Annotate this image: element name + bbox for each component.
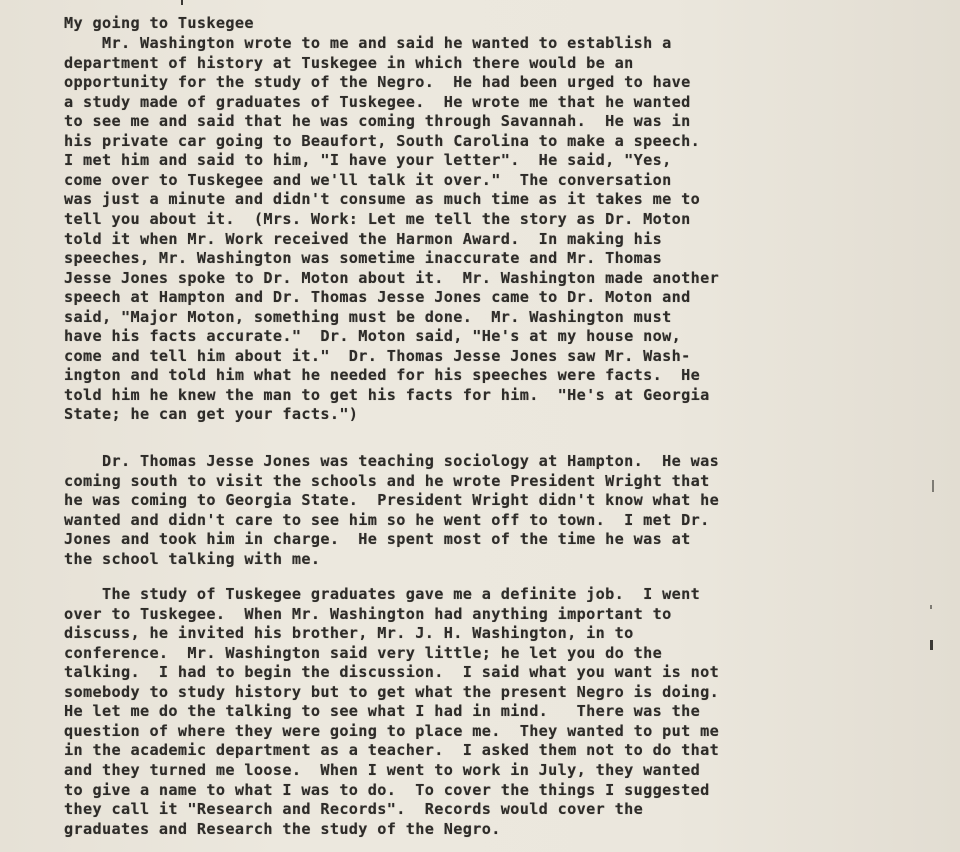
document-title: My going to Tuskegee [64, 14, 254, 33]
text-line: Jones and took him in charge. He spent m… [64, 530, 691, 549]
text-line: to give a name to what I was to do. To c… [64, 781, 710, 800]
text-line: department of history at Tuskegee in whi… [64, 54, 634, 73]
text-line: discuss, he invited his brother, Mr. J. … [64, 624, 634, 643]
text-line: graduates and Research the study of the … [64, 820, 501, 839]
text-line: they call it "Research and Records". Rec… [64, 800, 643, 819]
text-line: tell you about it. (Mrs. Work: Let me te… [64, 210, 691, 229]
stray-mark-top [181, 0, 183, 5]
text-line: somebody to study history but to get wha… [64, 683, 719, 702]
text-line: speech at Hampton and Dr. Thomas Jesse J… [64, 288, 691, 307]
text-line: in the academic department as a teacher.… [64, 741, 719, 760]
text-line: told him he knew the man to get his fact… [64, 386, 710, 405]
stray-mark-right-3 [930, 640, 933, 650]
text-line: I met him and said to him, "I have your … [64, 151, 672, 170]
text-line: Mr. Washington wrote to me and said he w… [64, 34, 672, 53]
text-line: Jesse Jones spoke to Dr. Moton about it.… [64, 269, 719, 288]
text-line: conference. Mr. Washington said very lit… [64, 644, 662, 663]
text-line: He let me do the talking to see what I h… [64, 702, 700, 721]
text-line: a study made of graduates of Tuskegee. H… [64, 93, 691, 112]
text-line: Dr. Thomas Jesse Jones was teaching soci… [64, 452, 719, 471]
text-line: over to Tuskegee. When Mr. Washington ha… [64, 605, 672, 624]
text-line: question of where they were going to pla… [64, 722, 719, 741]
stray-mark-right-1 [932, 480, 934, 492]
text-line: and they turned me loose. When I went to… [64, 761, 700, 780]
text-line: said, "Major Moton, something must be do… [64, 308, 672, 327]
text-line: his private car going to Beaufort, South… [64, 132, 700, 151]
text-line: to see me and said that he was coming th… [64, 112, 691, 131]
text-line: wanted and didn't care to see him so he … [64, 511, 710, 530]
text-line: speeches, Mr. Washington was sometime in… [64, 249, 662, 268]
text-line: have his facts accurate." Dr. Moton said… [64, 327, 681, 346]
text-line: The study of Tuskegee graduates gave me … [64, 585, 700, 604]
text-line: was just a minute and didn't consume as … [64, 190, 700, 209]
text-line: State; he can get your facts.") [64, 405, 358, 424]
typewritten-page: My going to Tuskegee Mr. Washington wrot… [0, 0, 960, 852]
text-line: the school talking with me. [64, 550, 320, 569]
text-line: opportunity for the study of the Negro. … [64, 73, 691, 92]
stray-mark-right-2 [930, 605, 932, 609]
text-line: coming south to visit the schools and he… [64, 472, 710, 491]
text-line: told it when Mr. Work received the Harmo… [64, 230, 662, 249]
text-line: ington and told him what he needed for h… [64, 366, 700, 385]
text-line: come and tell him about it." Dr. Thomas … [64, 347, 691, 366]
text-line: come over to Tuskegee and we'll talk it … [64, 171, 672, 190]
text-line: he was coming to Georgia State. Presiden… [64, 491, 719, 510]
text-line: talking. I had to begin the discussion. … [64, 663, 719, 682]
